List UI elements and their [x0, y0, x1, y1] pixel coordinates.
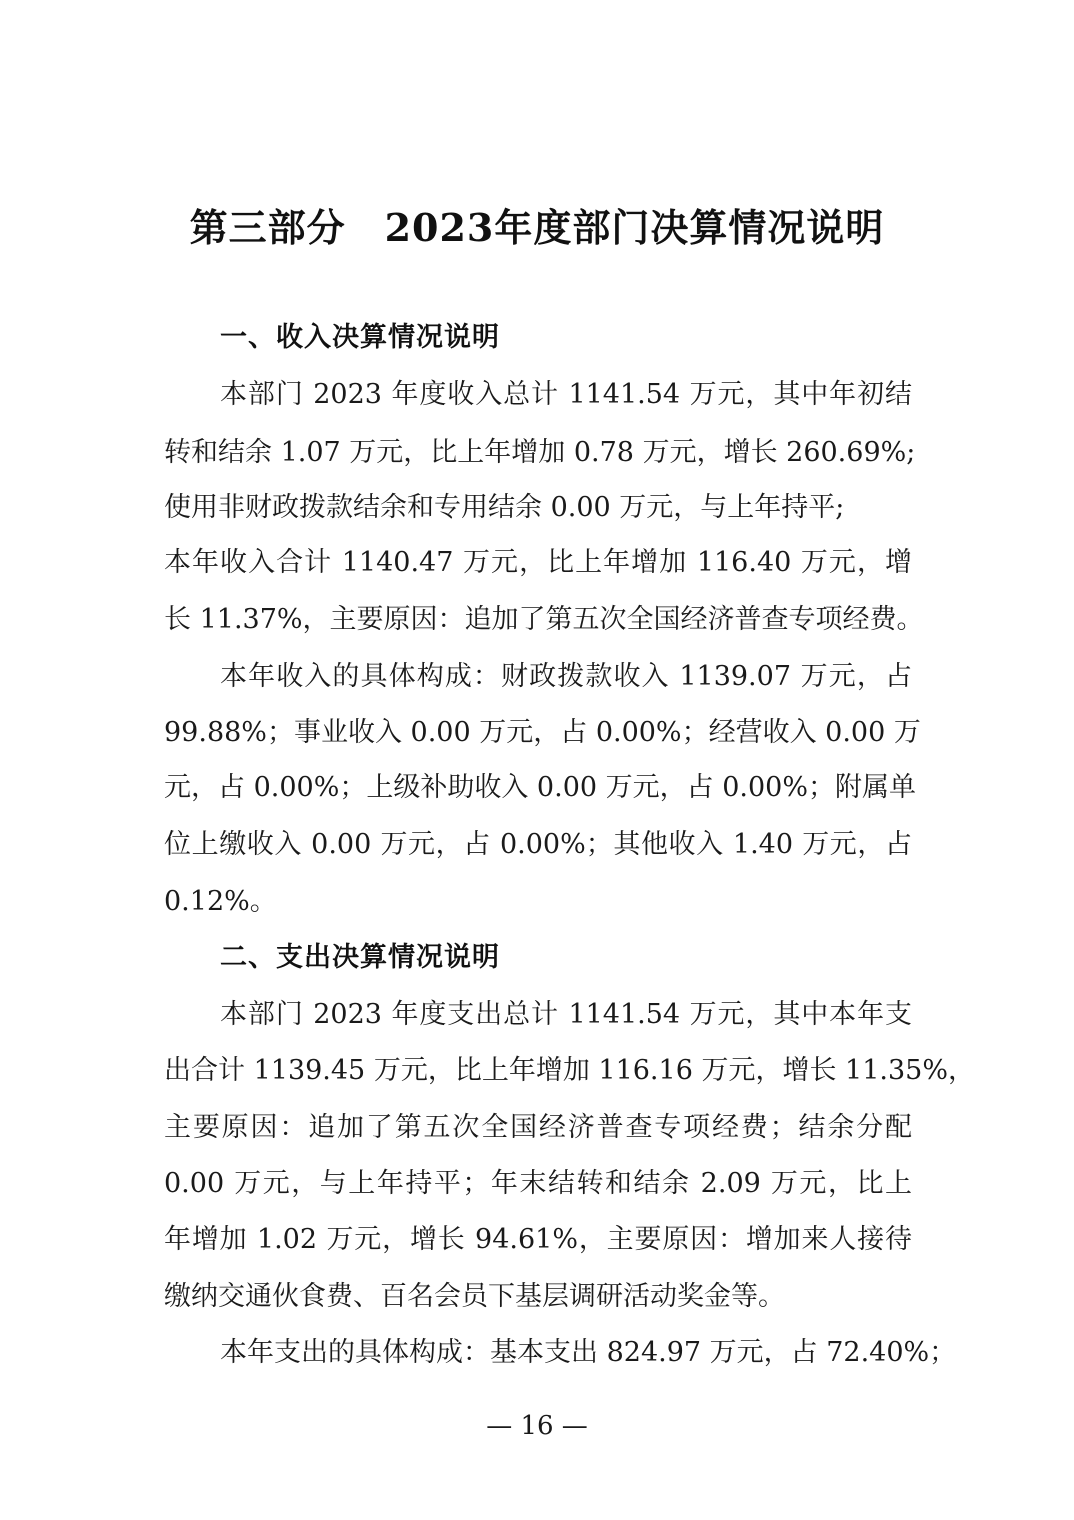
page-number: — 16 — — [0, 1406, 1074, 1446]
paragraph-line: 位上缴收入 0.00 万元，占 0.00%；其他收入 1.40 万元，占 — [164, 825, 912, 865]
paragraph-line: 99.88%；事业收入 0.00 万元，占 0.00%；经营收入 0.00 万 — [164, 713, 912, 753]
paragraph-line: 主要原因：追加了第五次全国经济普查专项经费；结余分配 — [164, 1108, 912, 1148]
paragraph-line: 本年收入合计 1140.47 万元，比上年增加 116.40 万元，增 — [164, 543, 912, 583]
paragraph-line: 缴纳交通伙食费、百名会员下基层调研活动奖金等。 — [164, 1277, 912, 1317]
paragraph-line: 本年支出的具体构成：基本支出 824.97 万元，占 72.40%； — [220, 1333, 912, 1373]
paragraph-line: 长 11.37%，主要原因：追加了第五次全国经济普查专项经费。 — [164, 600, 912, 640]
paragraph-line: 元，占 0.00%；上级补助收入 0.00 万元，占 0.00%；附属单 — [164, 768, 912, 808]
paragraph-line: 0.12%。 — [164, 882, 912, 922]
document-page: 第三部分 2023年度部门决算情况说明 一、收入决算情况说明 本部门 2023 … — [0, 0, 1074, 1520]
paragraph-line: 本部门 2023 年度收入总计 1141.54 万元，其中年初结 — [220, 375, 912, 415]
page-title: 第三部分 2023年度部门决算情况说明 — [0, 203, 1074, 253]
paragraph-line: 0.00 万元，与上年持平；年末结转和结余 2.09 万元，比上 — [164, 1164, 912, 1204]
paragraph-line: 本年收入的具体构成：财政拨款收入 1139.07 万元，占 — [220, 657, 912, 697]
paragraph-line: 本部门 2023 年度支出总计 1141.54 万元，其中本年支 — [220, 995, 912, 1035]
section-heading-income: 一、收入决算情况说明 — [220, 318, 500, 358]
paragraph-line: 转和结余 1.07 万元，比上年增加 0.78 万元，增长 260.69%; — [164, 433, 912, 473]
paragraph-line: 出合计 1139.45 万元，比上年增加 116.16 万元，增长 11.35%… — [164, 1051, 912, 1091]
paragraph-line: 年增加 1.02 万元，增长 94.61%，主要原因：增加来人接待 — [164, 1220, 912, 1260]
paragraph-line: 使用非财政拨款结余和专用结余 0.00 万元，与上年持平; — [164, 488, 912, 528]
section-heading-expenditure: 二、支出决算情况说明 — [220, 938, 500, 978]
